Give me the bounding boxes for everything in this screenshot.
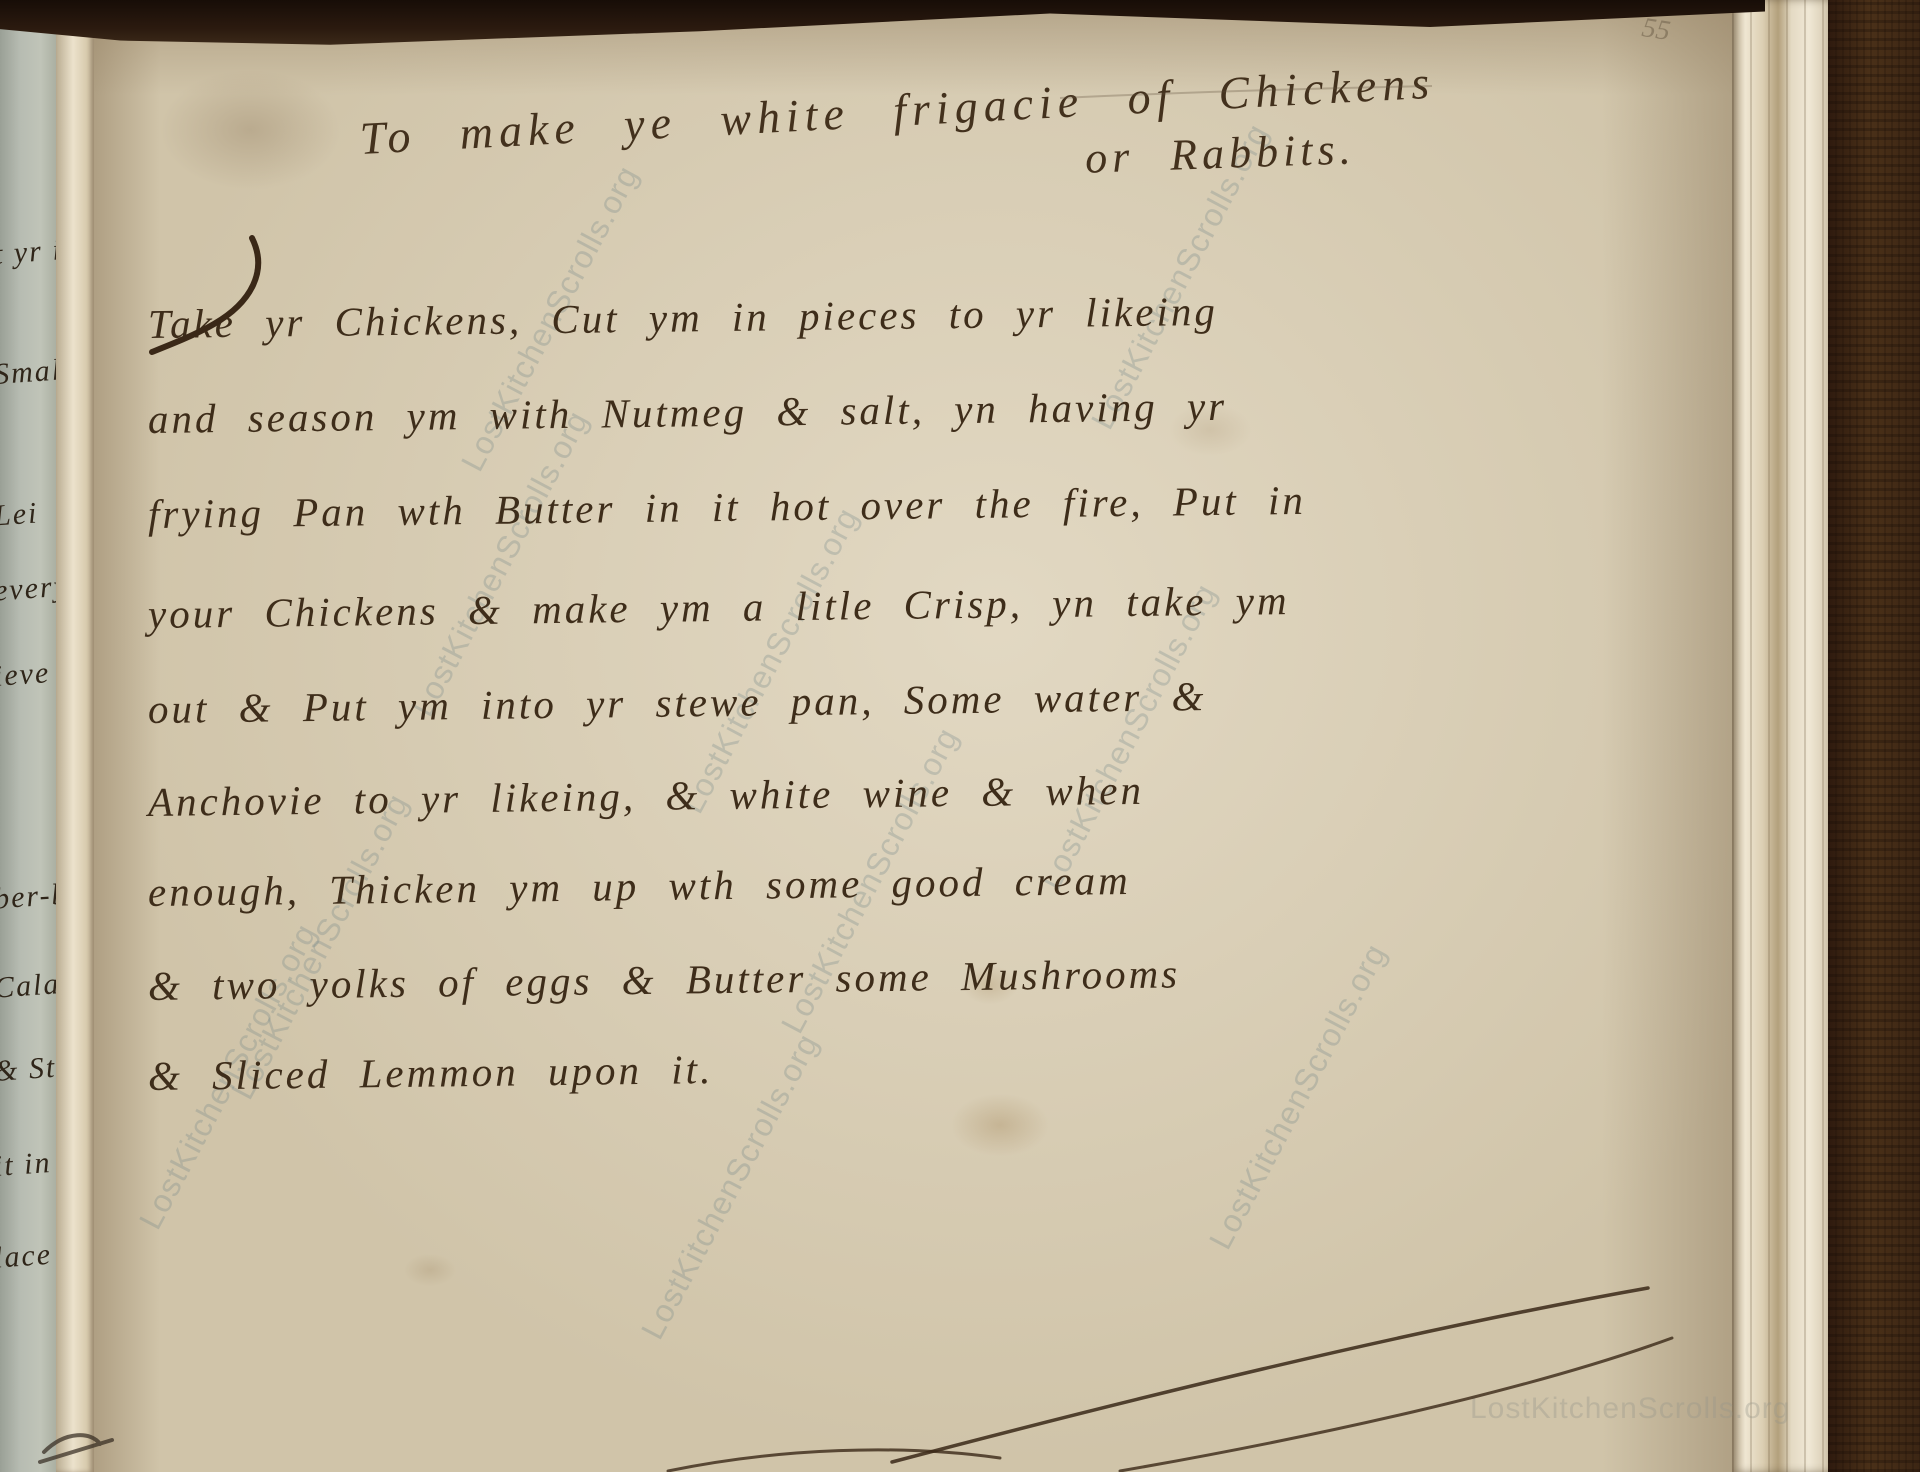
bottom-arc-flourish — [668, 1450, 1000, 1471]
manuscript-photo: t yr in Small. Lei every ieve ber-berry … — [0, 0, 1920, 1472]
bottom-swash-flourish — [892, 1288, 1648, 1462]
left-page-flourish — [40, 1435, 112, 1462]
capital-t-flourish — [152, 238, 258, 352]
bottom-swash-flourish-2 — [1120, 1338, 1672, 1471]
ink-flourishes — [0, 0, 1920, 1472]
paper-crease-line — [1060, 86, 1432, 98]
